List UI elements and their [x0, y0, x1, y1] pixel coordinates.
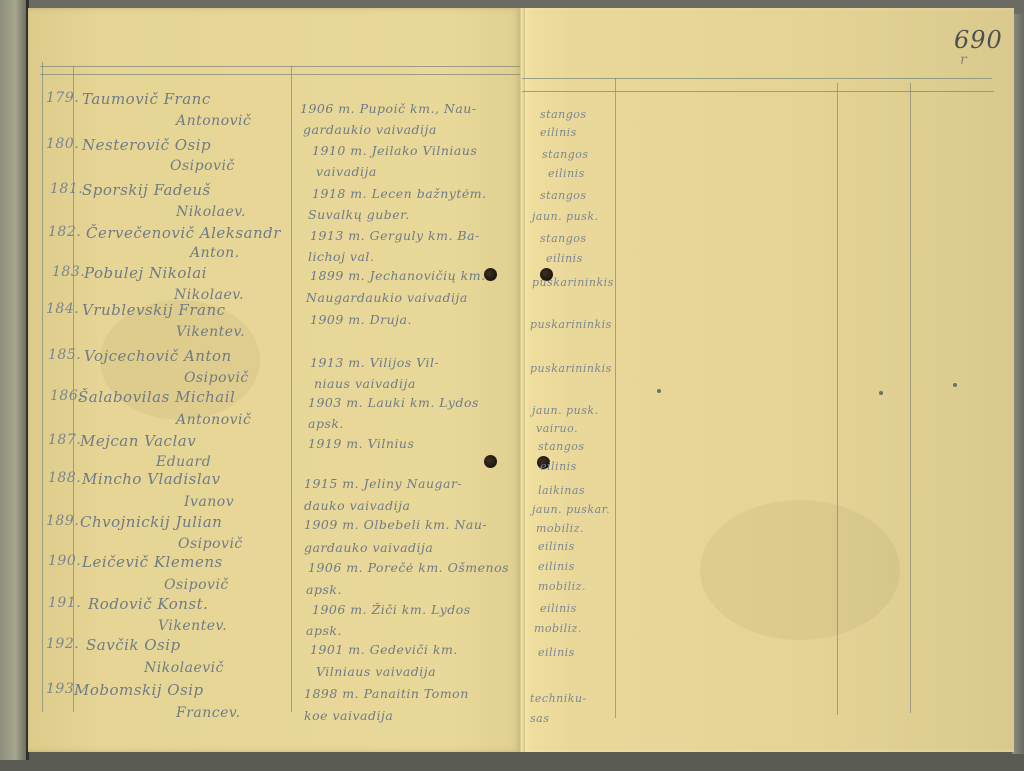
row-birth-line2: apsk.: [306, 623, 342, 638]
column-rule-col6: [910, 83, 911, 713]
row-name: Mobomskij Osip: [74, 681, 204, 699]
ink-speck: [657, 389, 661, 393]
row-number: 192.: [46, 636, 79, 652]
row-birth-line2: gardauko vaivadija: [304, 540, 433, 555]
row-birth-line1: 1898 m. Panaitin Tomon: [304, 686, 469, 701]
row-occupation-line2: mobiliz.: [534, 622, 582, 635]
row-occupation-line2: eilinis: [546, 252, 583, 265]
row-birth-line2: Suvalkų guber.: [308, 207, 410, 222]
row-number: 179.: [46, 90, 79, 106]
row-patronymic: Nikolaevič: [144, 660, 224, 676]
column-rule-margin: [42, 62, 43, 712]
row-patronymic: Vikentev.: [158, 618, 227, 634]
header-rule-bottom: [40, 74, 520, 75]
folio-number: 690: [954, 26, 1003, 54]
row-occupation-line2: eilinis: [538, 540, 575, 553]
row-birth-line1: 1909 m. Druja.: [310, 312, 412, 327]
row-name: Chvojnickij Julian: [80, 513, 222, 531]
row-occupation-line1: eilinis: [540, 602, 577, 615]
row-occupation-line2: sas: [530, 712, 549, 725]
row-birth-line1: 1910 m. Jeilako Vilniaus: [312, 143, 477, 158]
row-birth-line2: vaivadija: [316, 164, 377, 179]
row-occupation-line2: vairuo.: [536, 422, 578, 435]
row-birth-line2: apsk.: [308, 416, 344, 431]
row-number: 190.: [48, 553, 81, 569]
row-occupation-line2: eilinis: [548, 167, 585, 180]
row-patronymic: Anton.: [190, 245, 240, 261]
paper-stain: [700, 500, 900, 640]
row-birth-line1: 1901 m. Gedeviči km.: [310, 642, 458, 657]
row-name: Červečenovič Aleksandr: [86, 224, 281, 242]
row-number: 180.: [46, 136, 79, 152]
row-name: Taumovič Franc: [82, 90, 211, 108]
row-patronymic: Vikentev.: [176, 324, 245, 340]
row-birth-line1: 1919 m. Vilnius: [308, 436, 414, 451]
row-patronymic: Antonovič: [176, 412, 251, 428]
row-number: 187.: [48, 432, 81, 448]
row-patronymic: Francev.: [176, 705, 241, 721]
row-number: 183.: [52, 264, 85, 280]
punch-hole: [484, 455, 497, 468]
row-name: Šalabovilas Michail: [78, 388, 235, 406]
row-birth-line1: 1903 m. Lauki km. Lydos: [308, 395, 479, 410]
row-birth-line2: lichoj val.: [308, 249, 374, 264]
row-birth-line1: 1913 m. Vilijos Vil-: [310, 355, 439, 370]
header-rule-top-right: [522, 78, 992, 79]
row-patronymic: Antonovič: [176, 113, 251, 129]
right-page: [522, 8, 1014, 752]
row-name: Rodovič Konst.: [88, 595, 208, 613]
row-birth-line1: 1913 m. Gerguly km. Ba-: [310, 228, 480, 243]
row-number: 189.: [46, 513, 79, 529]
row-patronymic: Ivanov: [184, 494, 234, 510]
column-rule-col5: [837, 83, 838, 715]
row-occupation-line2: mobiliz.: [538, 580, 586, 593]
row-number: 182.: [48, 224, 81, 240]
row-birth-line1: 1909 m. Olbebeli km. Nau-: [304, 517, 487, 532]
row-number: 191.: [48, 595, 81, 611]
column-rule-occupation: [615, 78, 616, 718]
row-occupation-line1: puskarininkis: [530, 362, 612, 375]
row-patronymic: Osipovič: [178, 536, 243, 552]
row-name: Mincho Vladislav: [82, 470, 221, 488]
row-occupation-line1: eilinis: [538, 646, 575, 659]
row-occupation-line1: mobiliz.: [536, 522, 584, 535]
row-name: Vojcechovič Anton: [84, 347, 232, 365]
row-occupation-line1: stangos: [540, 108, 587, 121]
ink-speck: [879, 391, 883, 395]
folio-sub-mark: r: [960, 52, 967, 68]
row-birth-line1: 1915 m. Jeliny Naugar-: [304, 476, 462, 491]
row-name: Sporskij Fadeuš: [82, 181, 211, 199]
row-occupation-line1: stangos: [540, 232, 587, 245]
row-birth-line2: gardaukio vaivadija: [303, 122, 437, 137]
row-number: 188.: [48, 470, 81, 486]
row-occupation-line2: eilinis: [540, 126, 577, 139]
underlying-page-edge: [0, 0, 29, 760]
row-name: Nesterovič Osip: [82, 136, 211, 154]
row-name: Leičevič Klemens: [82, 553, 223, 571]
row-number: 185.: [48, 347, 81, 363]
row-birth-line2: apsk.: [306, 582, 342, 597]
punch-hole: [484, 268, 497, 281]
row-occupation-line1: eilinis: [538, 560, 575, 573]
ink-speck: [953, 383, 957, 387]
row-occupation-line1: stangos: [540, 189, 587, 202]
row-name: Savčik Osip: [86, 636, 181, 654]
row-patronymic: Osipovič: [184, 370, 249, 386]
row-birth-line1: 1899 m. Jechanovičių km.: [310, 268, 486, 283]
row-birth-line2: Vilniaus vaivadija: [316, 664, 436, 679]
row-birth-line2: dauko vaivadija: [304, 498, 410, 513]
row-birth-line1: 1918 m. Lecen bažnytėm.: [312, 186, 487, 201]
row-number: 184.: [46, 301, 79, 317]
row-occupation-line1: puskarininkis: [530, 318, 612, 331]
row-patronymic: Nikolaev.: [176, 204, 246, 220]
row-birth-line2: Naugardaukio vaivadija: [306, 290, 468, 305]
row-occupation-line1: laikinas: [538, 484, 585, 497]
row-occupation-line2: jaun. pusk.: [532, 210, 599, 223]
row-patronymic: Osipovič: [164, 577, 229, 593]
row-name: Vrublevskij Franc: [82, 301, 226, 319]
row-occupation-line1: puskarininkis: [532, 276, 614, 289]
row-occupation-line2: eilinis: [540, 460, 577, 473]
row-number: 181.: [50, 181, 83, 197]
header-rule-top: [40, 66, 520, 67]
row-patronymic: Osipovič: [170, 158, 235, 174]
row-birth-line2: niaus vaivadija: [314, 376, 416, 391]
row-occupation-line1: stangos: [542, 148, 589, 161]
row-occupation-line1: stangos: [538, 440, 585, 453]
row-name: Mejcan Vaclav: [80, 432, 196, 450]
row-occupation-line1: techniku-: [530, 692, 587, 705]
column-rule-name: [291, 66, 292, 712]
row-occupation-line1: jaun. pusk.: [532, 404, 599, 417]
row-birth-line2: koe vaivadija: [304, 708, 393, 723]
header-rule-bottom-right: [522, 91, 994, 92]
row-name: Pobulej Nikolai: [84, 264, 207, 282]
page-gutter: [519, 8, 525, 752]
row-birth-line1: 1906 m. Porečė km. Ošmenos: [308, 560, 509, 575]
row-birth-line1: 1906 m. Pupoič km., Nau-: [300, 101, 477, 116]
row-birth-line1: 1906 m. Žiči km. Lydos: [312, 602, 471, 617]
row-occupation-line2: jaun. puskar.: [532, 503, 610, 516]
row-patronymic: Eduard: [156, 454, 211, 470]
